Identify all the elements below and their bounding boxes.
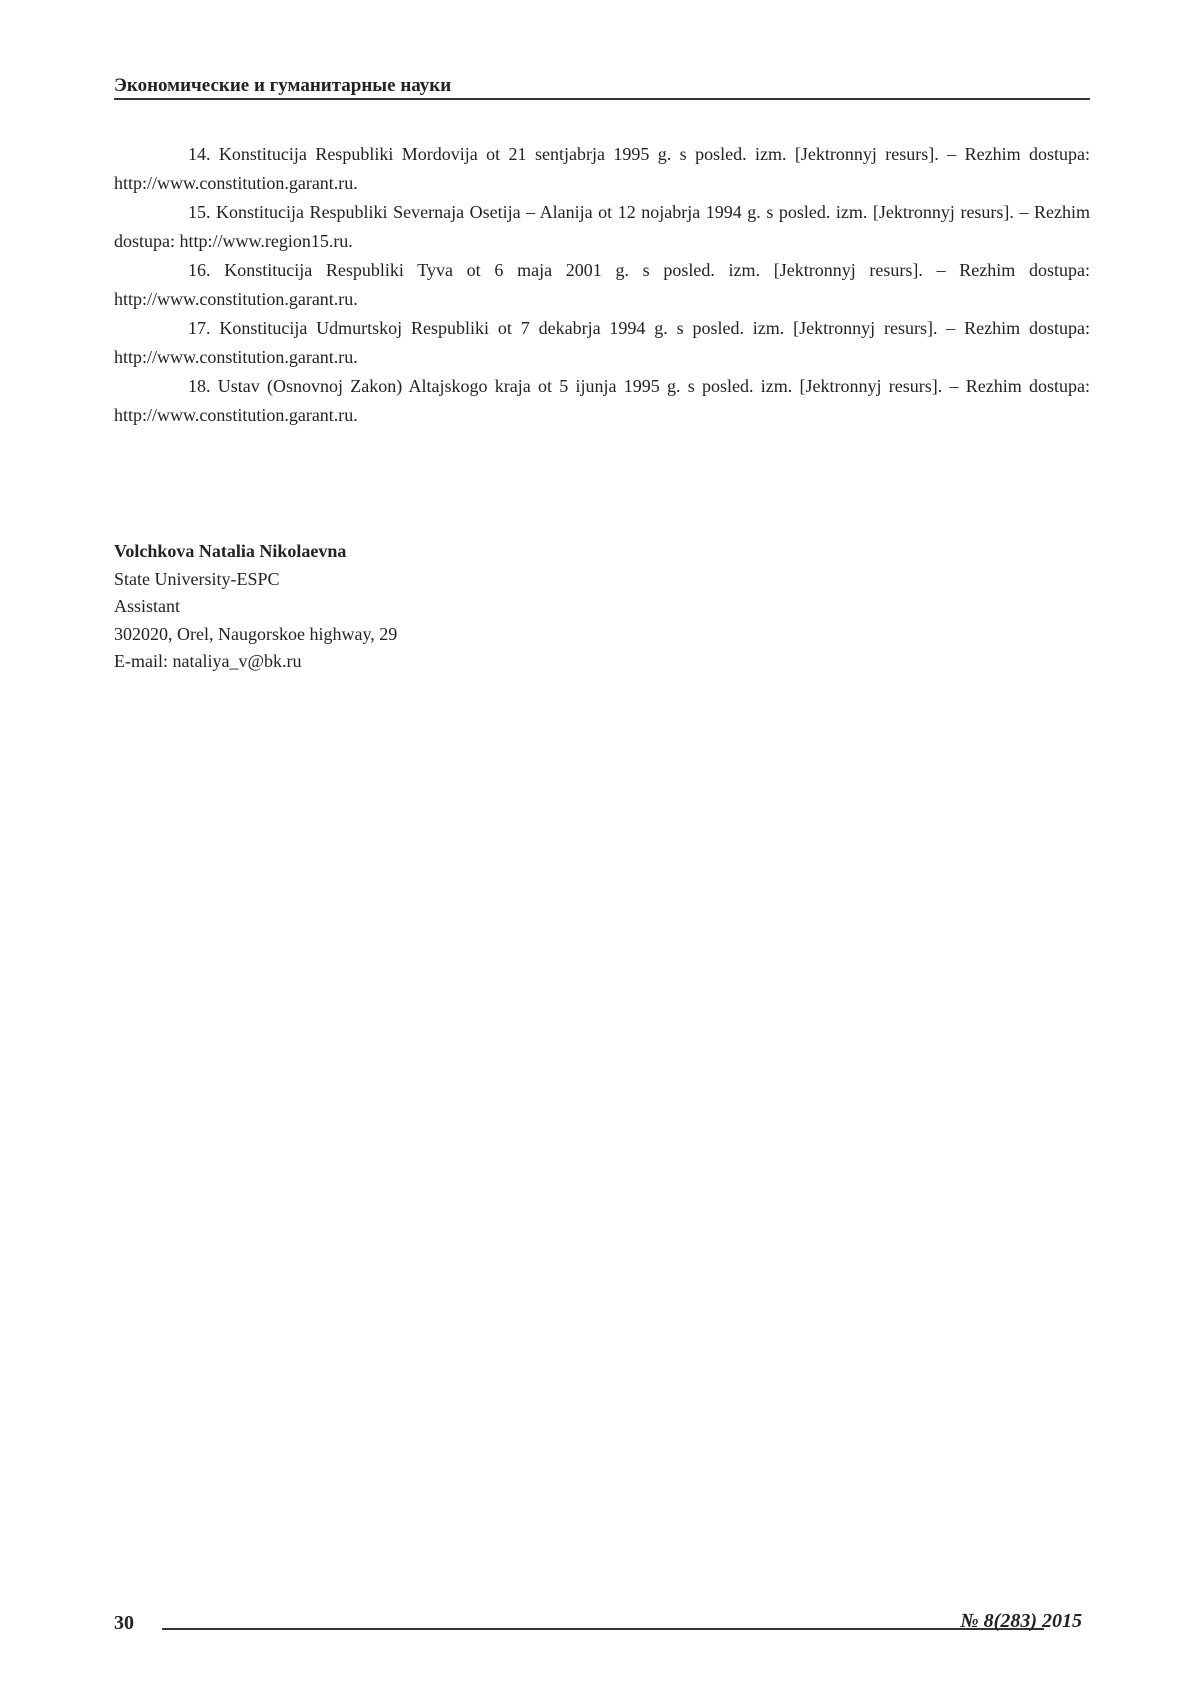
reference-item: 16. Konstitucija Respubliki Tyva ot 6 ma… xyxy=(114,256,1090,314)
page-number: 30 xyxy=(114,1612,134,1635)
issue-number: № 8(283) 2015 xyxy=(960,1610,1082,1633)
footer-divider xyxy=(162,1628,1044,1630)
reference-item: 18. Ustav (Osnovnoj Zakon) Altajskogo kr… xyxy=(114,372,1090,430)
author-position: Assistant xyxy=(114,593,397,621)
journal-section-title: Экономические и гуманитарные науки xyxy=(114,75,451,97)
reference-item: 17. Konstitucija Udmurtskoj Respubliki o… xyxy=(114,314,1090,372)
author-info: Volchkova Natalia Nikolaevna State Unive… xyxy=(114,538,397,676)
author-organization: State University-ESPC xyxy=(114,566,397,594)
reference-list: 14. Konstitucija Respubliki Mordovija ot… xyxy=(114,140,1090,430)
running-header: Экономические и гуманитарные науки xyxy=(114,70,1090,100)
author-email: E-mail: nataliya_v@bk.ru xyxy=(114,648,397,676)
page-footer: 30 № 8(283) 2015 xyxy=(114,1612,1090,1642)
reference-item: 15. Konstitucija Respubliki Severnaja Os… xyxy=(114,198,1090,256)
author-address: 302020, Orel, Naugorskoe highway, 29 xyxy=(114,621,397,649)
reference-item: 14. Konstitucija Respubliki Mordovija ot… xyxy=(114,140,1090,198)
author-name: Volchkova Natalia Nikolaevna xyxy=(114,538,397,566)
